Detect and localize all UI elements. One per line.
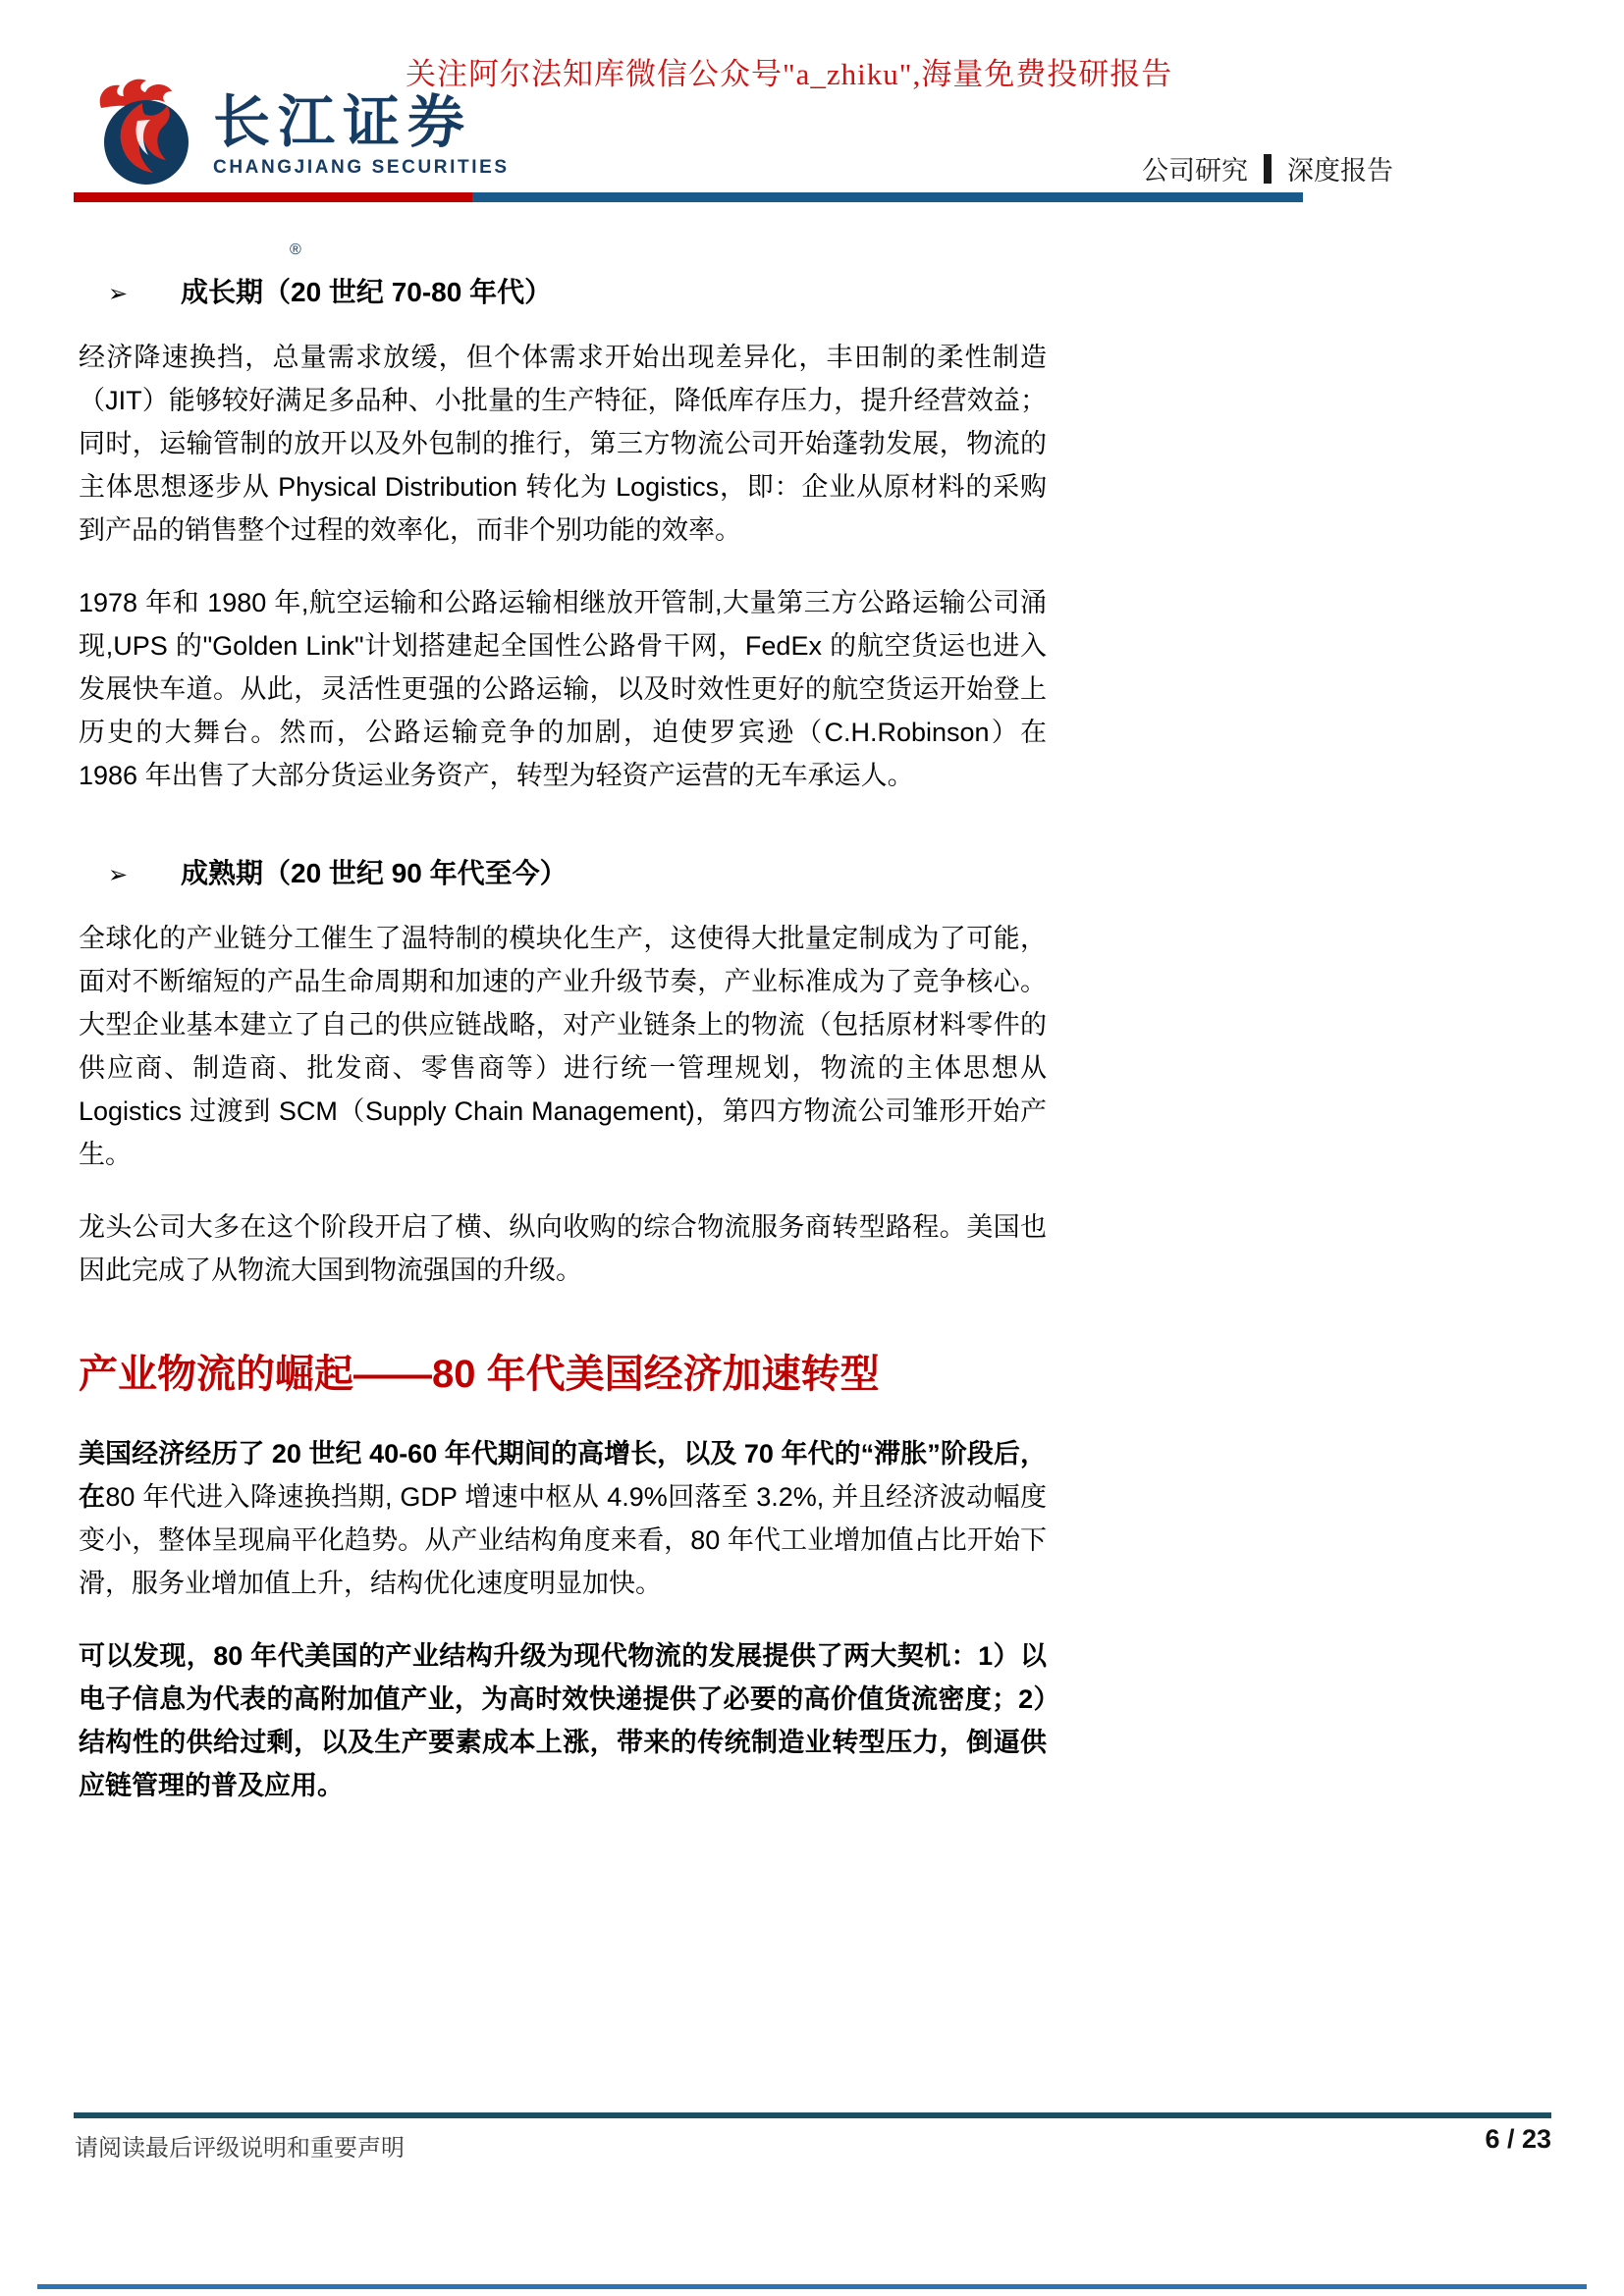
paragraph: 美国经济经历了 20 世纪 40-60 年代期间的高增长，以及 70 年代的“滞… (79, 1432, 1047, 1605)
bullet-title: 成长期（20 世纪 70-80 年代） (181, 271, 552, 310)
page-bottom-rule (37, 2284, 1587, 2289)
logo-name-english: CHANGJIANG SECURITIES (213, 157, 510, 179)
logo-name-chinese: 长江证券 (213, 94, 510, 151)
report-body: ➢ 成长期（20 世纪 70-80 年代） 经济降速换挡，总量需求放缓，但个体需… (79, 271, 1047, 1837)
paragraph: 可以发现，80 年代美国的产业结构升级为现代物流的发展提供了两大契机：1）以电子… (79, 1634, 1047, 1807)
paragraph: 经济降速换挡，总量需求放缓，但个体需求开始出现差异化，丰田制的柔性制造（JIT）… (79, 336, 1047, 552)
footer-disclaimer: 请阅读最后评级说明和重要声明 (75, 2128, 405, 2163)
watermark-text: 关注阿尔法知库微信公众号"a_zhiku",海量免费投研报告 (406, 49, 1172, 93)
paragraph: 龙头公司大多在这个阶段开启了横、纵向收购的综合物流服务商转型路程。美国也因此完成… (79, 1205, 1047, 1292)
page-number: 6 / 23 (1429, 2124, 1551, 2155)
bullet-section-maturity-stage: ➢ 成熟期（20 世纪 90 年代至今） (108, 852, 1047, 891)
vertical-separator (1264, 154, 1272, 184)
changjiang-securities-logo: ® 长江证券 CHANGJIANG SECURITIES (93, 77, 510, 187)
paragraph: 1978 年和 1980 年,航空运输和公路运输相继放开管制,大量第三方公路运输… (79, 581, 1047, 797)
paragraph-rest: 80 年代进入降速换挡期, GDP 增速中枢从 4.9%回落至 3.2%, 并且… (79, 1482, 1047, 1598)
report-page: 关注阿尔法知库微信公众号"a_zhiku",海量免费投研报告 ® 长江证券 CH… (0, 0, 1624, 2296)
paragraph: 全球化的产业链分工催生了温特制的模块化生产，这使得大批量定制成为了可能，面对不断… (79, 917, 1047, 1176)
header-rule (74, 192, 1303, 202)
report-type-label: 深度报告 (1287, 149, 1393, 187)
logo-wordmark: 长江证券 CHANGJIANG SECURITIES (213, 77, 510, 179)
report-classification: 公司研究 深度报告 (1142, 149, 1393, 187)
arrow-bullet-icon: ➢ (108, 861, 181, 889)
header-rule-blue-segment (472, 192, 1303, 202)
header-rule-red-segment (74, 192, 472, 202)
bullet-title: 成熟期（20 世纪 90 年代至今） (181, 852, 568, 891)
paragraph-bold-lead: 可以发现，80 年代美国的产业结构升级为现代物流的发展提供了两大契机：1）以电子… (79, 1641, 1047, 1800)
bullet-section-growth-stage: ➢ 成长期（20 世纪 70-80 年代） (108, 271, 1047, 310)
report-category-label: 公司研究 (1142, 149, 1248, 187)
phoenix-logo-icon (93, 77, 201, 187)
arrow-bullet-icon: ➢ (108, 280, 181, 308)
footer-rule (74, 2112, 1551, 2118)
registered-trademark-mark: ® (290, 241, 301, 259)
section-heading-red: 产业物流的崛起——80 年代美国经济加速转型 (79, 1343, 1047, 1399)
